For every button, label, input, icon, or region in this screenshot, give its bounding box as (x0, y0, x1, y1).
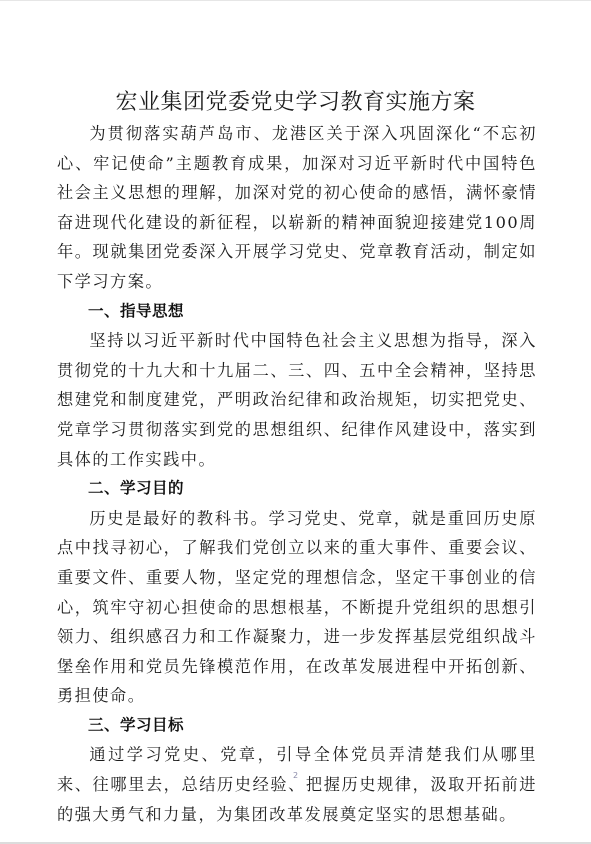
section-paragraph-study-purpose: 历史是最好的教科书。学习党史、党章，就是重回历史原点中找寻初心，了解我们党创立以… (57, 504, 537, 711)
document-title: 宏业集团党委党史学习教育实施方案 (0, 88, 591, 118)
section-heading-study-purpose: 二、学习目的 (57, 474, 537, 504)
section-heading-guiding-ideology: 一、指导思想 (57, 297, 537, 327)
page-number: 2 (0, 771, 591, 780)
document-page: 宏业集团党委党史学习教育实施方案 为贯彻落实葫芦岛市、龙港区关于深入巩固深化“不… (0, 0, 591, 844)
section-paragraph-study-goals: 通过学习党史、党章，引导全体党员弄清楚我们从哪里来、往哪里去，总结历史经验、把握… (57, 740, 537, 829)
section-paragraph-guiding-ideology: 坚持以习近平新时代中国特色社会主义思想为指导，深入贯彻党的十九大和十九届二、三、… (57, 326, 537, 474)
section-heading-study-goals: 三、学习目标 (57, 711, 537, 741)
intro-paragraph: 为贯彻落实葫芦岛市、龙港区关于深入巩固深化“不忘初心、牢记使命”主题教育成果，加… (57, 119, 537, 297)
document-body: 为贯彻落实葫芦岛市、龙港区关于深入巩固深化“不忘初心、牢记使命”主题教育成果，加… (57, 119, 537, 829)
